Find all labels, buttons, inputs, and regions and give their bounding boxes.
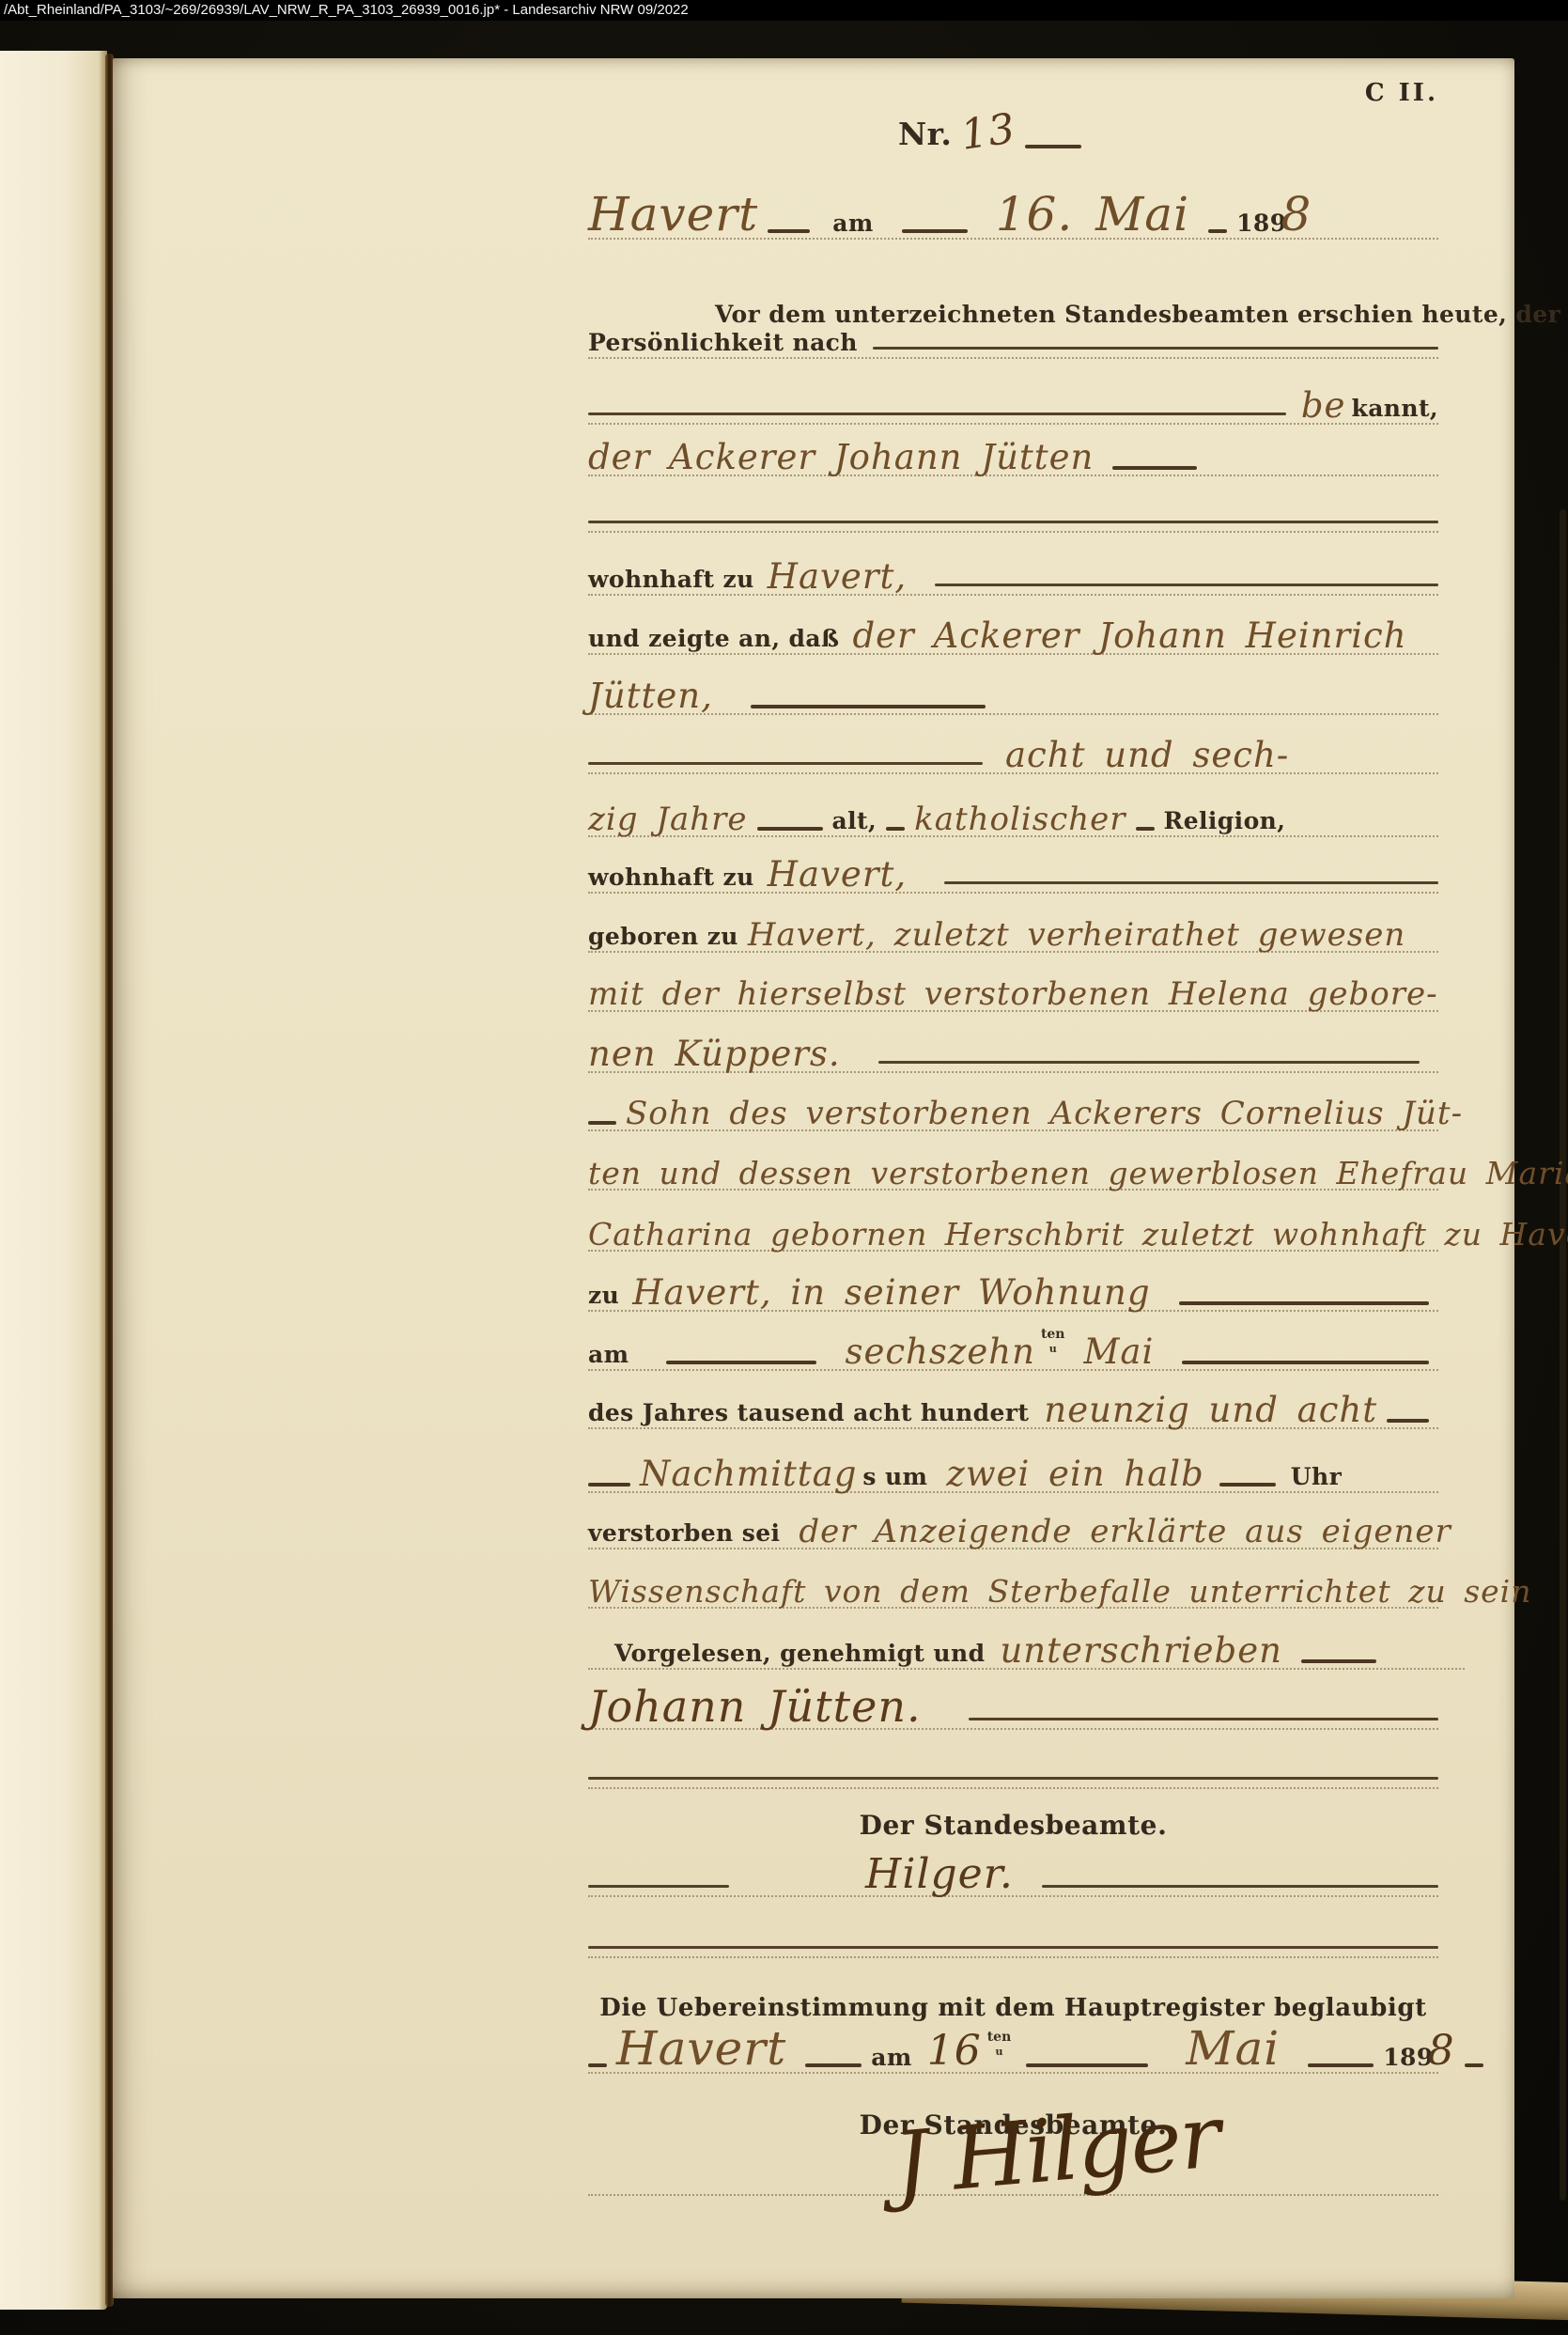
form-line-blank-rule-2 <box>588 1738 1438 1789</box>
previous-page-edge <box>0 51 107 2310</box>
form-line-age-religion: zig Jahre alt, katholischer Religion, <box>588 786 1438 837</box>
form-line-death-date: am sechszehn ten u Mai <box>588 1320 1438 1371</box>
header-place-handwritten: Havert <box>588 191 758 238</box>
parents-handwritten-3: Catharina gebornen Herschbrit zuletzt wo… <box>588 1219 1568 1250</box>
zu-label: zu <box>588 1284 619 1310</box>
death-month-handwritten: Mai <box>1084 1334 1155 1369</box>
form-line-declarant: der Ackerer Johann Jütten <box>588 426 1438 476</box>
fill-dash <box>757 827 823 831</box>
header-date-handwritten: 16. Mai <box>996 191 1189 238</box>
unterschrieben-handwritten: unterschrieben <box>1000 1633 1281 1668</box>
s-um-label: s um <box>862 1465 927 1491</box>
form-line-intro-3: be kannt, <box>588 374 1438 425</box>
form-line-parents-1: Sohn des verstorbenen Ackerers Cornelius… <box>588 1081 1438 1131</box>
cert-am-label: am <box>871 2046 911 2072</box>
fill-dash <box>1219 1483 1276 1487</box>
fill-rule <box>969 1718 1438 1720</box>
nr-label: Nr. <box>898 118 952 153</box>
certification-text: Die Uebereinstimmung mit dem Hauptregist… <box>588 1995 1438 2022</box>
register-page: C II. Nr. 13 Havert am 16. Mai 189 8 Vor… <box>113 58 1514 2298</box>
form-line-header-date: Havert am 16. Mai 189 8 <box>588 174 1438 240</box>
parents-handwritten-1: Sohn des verstorbenen Ackerers Cornelius… <box>626 1097 1463 1129</box>
vorgelesen-label: Vorgelesen, genehmigt und <box>614 1642 985 1668</box>
fill-dash <box>1026 2063 1148 2067</box>
am-label-2: am <box>588 1343 629 1369</box>
nr-value-handwritten: 13 <box>961 112 1016 153</box>
form-line-certification-date: Havert am 16 ten u Mai 189 8 <box>588 2023 1438 2074</box>
fill-rule <box>873 347 1438 350</box>
fill-dash <box>1136 827 1155 831</box>
fill-dash <box>666 1361 816 1364</box>
form-line-spouse-2: nen Küppers. <box>588 1022 1438 1073</box>
residence-handwritten: Havert, <box>768 559 907 594</box>
form-line-announcement: und zeigte an, daß der Ackerer Johann He… <box>588 604 1438 655</box>
form-line-blank-rule <box>588 482 1438 533</box>
ordinal-top: ten <box>1041 1328 1065 1341</box>
form-line-death-time: Nachmittag s um zwei ein halb Uhr <box>588 1442 1438 1493</box>
residence-handwritten-2: Havert, <box>768 857 907 892</box>
cert-day-handwritten: 16 <box>927 2031 982 2072</box>
cert-year-digit-handwritten: 8 <box>1428 2031 1455 2072</box>
age-handwritten-2: zig Jahre <box>588 803 748 835</box>
fill-dash <box>768 229 810 233</box>
religion-handwritten: katholischer <box>914 803 1126 835</box>
fill-rule <box>1042 1885 1438 1888</box>
alt-label: alt, <box>832 809 877 835</box>
note-handwritten-1: der Anzeigende erklärte aus eigener <box>799 1516 1451 1548</box>
fill-dash <box>1182 1361 1429 1364</box>
form-line-intro-2: Persönlichkeit nach <box>588 308 1438 359</box>
fill-rule <box>588 413 1286 415</box>
fill-rule <box>935 584 1438 586</box>
form-line-parents-3: Catharina gebornen Herschbrit zuletzt wo… <box>588 1201 1438 1252</box>
wohnhaft-label-2: wohnhaft zu <box>588 865 754 892</box>
spouse-handwritten-2: nen Küppers. <box>588 1036 841 1071</box>
fill-dash <box>1112 466 1197 470</box>
year-sentence-label: des Jahres tausend acht hundert <box>588 1401 1029 1427</box>
geboren-label: geboren zu <box>588 925 738 951</box>
intro-text-2: Persönlichkeit nach <box>588 331 858 357</box>
form-line-birthplace: geboren zu Havert, zuletzt verheirathet … <box>588 902 1438 953</box>
fill-rule <box>878 1061 1420 1064</box>
form-line-residence-1: wohnhaft zu Havert, <box>588 545 1438 596</box>
religion-label: Religion, <box>1164 809 1286 835</box>
form-line-deceased-note-1: verstorben sei der Anzeigende erklärte a… <box>588 1499 1438 1549</box>
fill-dash <box>588 1483 630 1487</box>
form-line-death-year: des Jahres tausend acht hundert neunzig … <box>588 1378 1438 1429</box>
ordinal-sub: u <box>1049 1344 1057 1354</box>
ordinal-sub-2: u <box>995 2047 1002 2057</box>
form-line-registrar-signature: Hilger. <box>588 1846 1438 1897</box>
deceased-name-handwritten-2: Jütten, <box>588 678 713 713</box>
cert-place-handwritten: Havert <box>616 2025 786 2072</box>
book-photo: C II. Nr. 13 Havert am 16. Mai 189 8 Vor… <box>0 21 1568 2335</box>
year-printed: 189 <box>1236 211 1286 238</box>
year-digit-handwritten: 8 <box>1281 191 1312 238</box>
window-title: /Abt_Rheinland/PA_3103/~269/26939/LAV_NR… <box>4 2 689 18</box>
fill-dash <box>886 827 905 831</box>
fill-rule <box>944 881 1438 884</box>
death-day-handwritten: sechszehn <box>845 1334 1034 1369</box>
fill-dash <box>1465 2063 1483 2067</box>
fill-dash <box>1179 1301 1429 1305</box>
form-line-age-1: acht und sech- <box>588 724 1438 774</box>
cert-year-printed: 189 <box>1383 2046 1433 2072</box>
fill-dash <box>751 705 986 708</box>
form-line-blank-rule-3 <box>588 1907 1438 1958</box>
deceased-name-handwritten-1: der Ackerer Johann Heinrich <box>852 618 1406 653</box>
registrar-signature: Hilger. <box>865 1854 1014 1895</box>
wohnhaft-label: wohnhaft zu <box>588 568 754 594</box>
age-handwritten-1: acht und sech- <box>1005 738 1289 772</box>
form-line-parents-2: ten und dessen verstorbenen gewerblosen … <box>588 1140 1438 1191</box>
fill-rule <box>588 1946 1438 1949</box>
fill-dash <box>1308 2063 1374 2067</box>
form-line-spouse-1: mit der hierselbst verstorbenen Helena g… <box>588 961 1438 1012</box>
form-line-deceased-surname: Jütten, <box>588 664 1438 715</box>
form-line-deceased-note-2: Wissenschaft von dem Sterbefalle unterri… <box>588 1558 1438 1609</box>
cert-month-handwritten: Mai <box>1186 2025 1280 2072</box>
fill-rule <box>588 1777 1438 1780</box>
fill-dash <box>588 2063 607 2067</box>
form-line-vorgelesen: Vorgelesen, genehmigt und unterschrieben <box>588 1619 1465 1670</box>
form-content: C II. Nr. 13 Havert am 16. Mai 189 8 Vor… <box>588 58 1438 2298</box>
uhr-label: Uhr <box>1291 1465 1342 1491</box>
page-stack-right-edge <box>1560 509 1566 2201</box>
fill-dash <box>805 2063 862 2067</box>
fill-dash <box>1387 1419 1429 1423</box>
parents-handwritten-2: ten und dessen verstorbenen gewerblosen … <box>588 1158 1568 1189</box>
window-titlebar[interactable]: /Abt_Rheinland/PA_3103/~269/26939/LAV_NR… <box>0 0 1568 21</box>
form-line-death-place: zu Havert, in seiner Wohnung <box>588 1261 1438 1312</box>
zeigte-an-label: und zeigte an, daß <box>588 627 839 653</box>
fill-dash <box>1301 1659 1376 1663</box>
form-line-number: Nr. 13 <box>588 89 1568 153</box>
daytime-handwritten: Nachmittag <box>640 1456 857 1491</box>
fill-dash <box>588 1121 616 1125</box>
fill-dash <box>902 229 968 233</box>
form-line-declarant-signature: Johann Jütten. <box>588 1679 1438 1730</box>
ordinal-suffix-2: ten u <box>987 2031 1012 2057</box>
declarant-signature: Johann Jütten. <box>588 1685 922 1728</box>
birthplace-handwritten: Havert, zuletzt verheirathet gewesen <box>748 919 1405 951</box>
spouse-handwritten-1: mit der hierselbst verstorbenen Helena g… <box>588 978 1438 1010</box>
fill-rule <box>588 521 1438 523</box>
verstorben-label: verstorben sei <box>588 1521 780 1548</box>
time-handwritten: zwei ein halb <box>946 1456 1203 1491</box>
kannt-printed: kannt, <box>1351 397 1438 423</box>
fill-rule <box>588 762 983 765</box>
note-handwritten-2: Wissenschaft von dem Sterbefalle unterri… <box>588 1576 1531 1607</box>
ordinal-suffix: ten u <box>1041 1328 1065 1354</box>
registrar-label: Der Standesbeamte. <box>588 1812 1438 1841</box>
fill-dash <box>1208 229 1227 233</box>
registrar-flourish-signature: J Hilger <box>891 2094 1222 2208</box>
fill-dash <box>1025 145 1081 148</box>
death-year-handwritten: neunzig und acht <box>1044 1393 1377 1427</box>
ordinal-top-2: ten <box>987 2031 1012 2044</box>
bekannt-handwritten: be <box>1301 388 1346 423</box>
death-place-handwritten: Havert, in seiner Wohnung <box>632 1275 1150 1310</box>
declarant-handwritten: der Ackerer Johann Jütten <box>588 440 1094 475</box>
am-label: am <box>832 211 873 238</box>
fill-rule <box>588 1885 729 1888</box>
form-line-residence-2: wohnhaft zu Havert, <box>588 843 1438 894</box>
